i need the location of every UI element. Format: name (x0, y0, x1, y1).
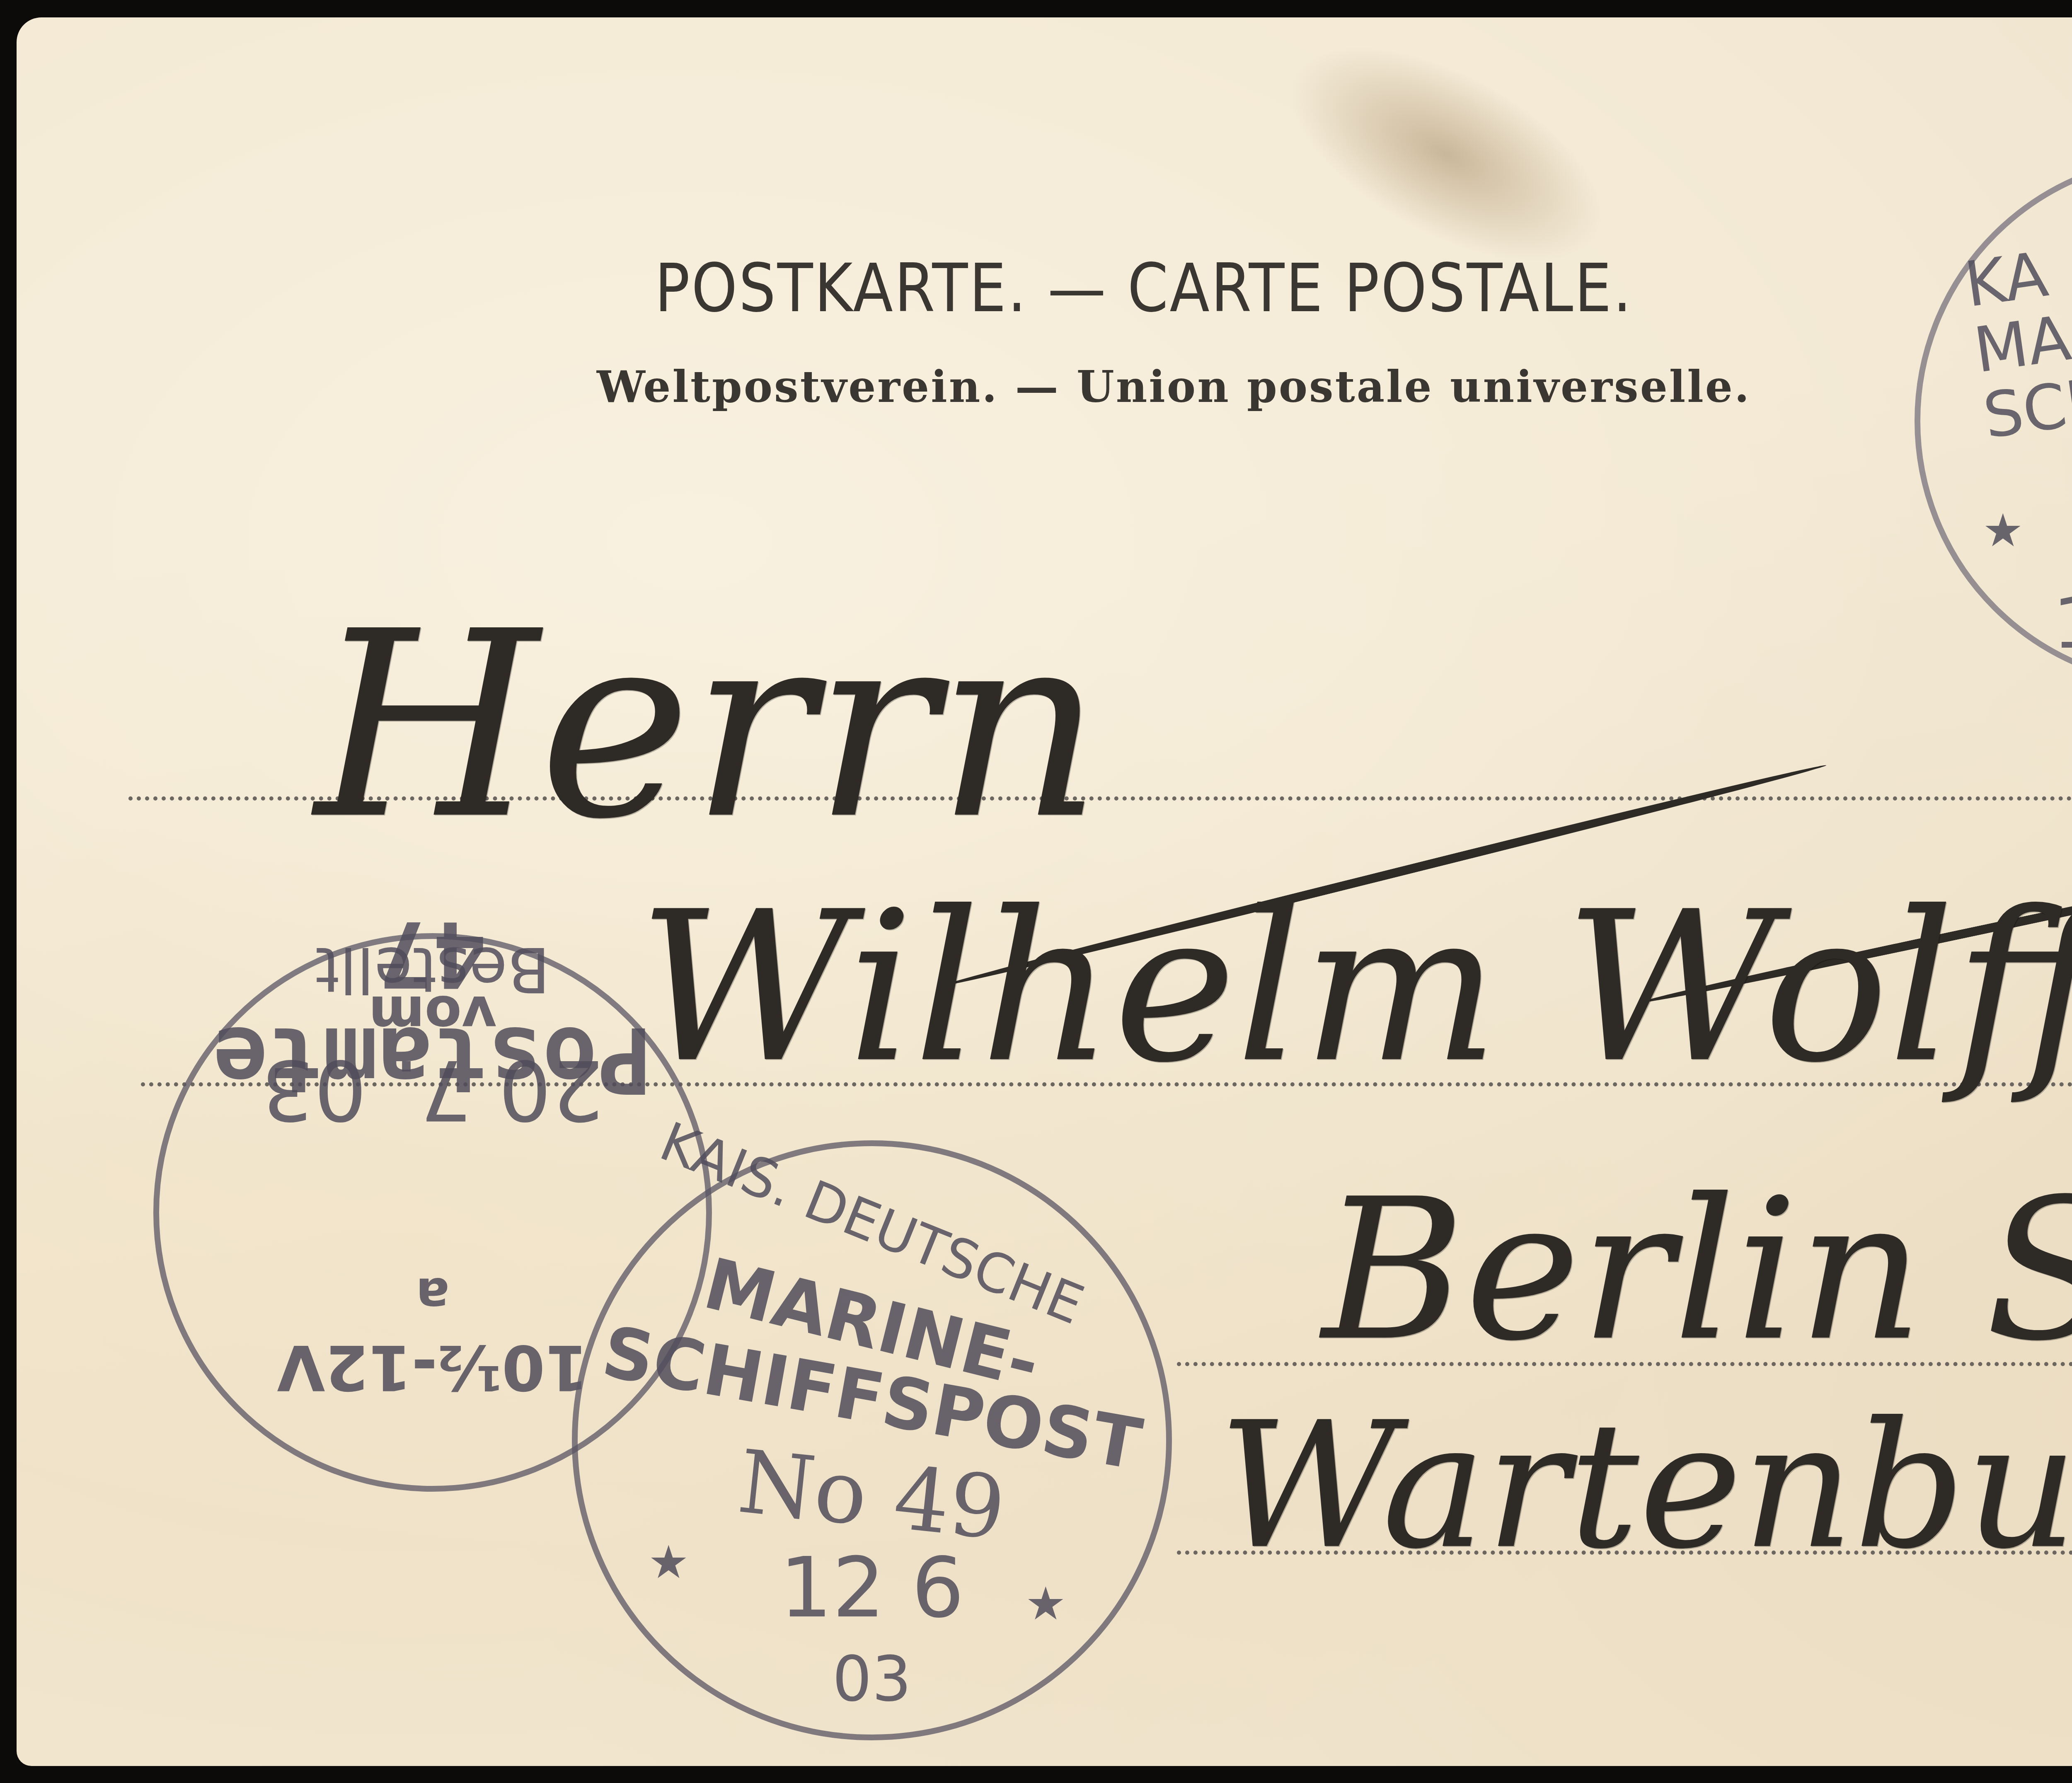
handwritten-street: Wartenburgstr. (1218, 1385, 2072, 1587)
origin-postmark-text: KA MA SCH (1961, 235, 2072, 450)
handwritten-salutation: Herrn (315, 577, 1102, 876)
marine-schiffspost-postmark: KAIS. DEUTSCHE MARINE- SCHIFFSPOST No 49… (572, 1140, 1172, 1740)
marine-year: 03 (578, 1643, 1166, 1715)
marine-date: 12 6 (578, 1540, 1166, 1636)
handwritten-recipient-name: Wilhelm Wolff (638, 867, 2072, 1108)
postcard-subheading: Weltpostverein. — Union postale universe… (597, 361, 1751, 412)
origin-postmark: KA MA SCH ★ ★ 12 6 03 (1915, 154, 2072, 688)
star-icon: ★ (1982, 504, 2024, 557)
postcard-heading: POSTKARTE. — CARTE POSTALE. (655, 249, 1633, 327)
postcard-back: POSTKARTE. — CARTE POSTALE. Weltpostvere… (17, 17, 2072, 1766)
origin-postmark-date: 12 6 (2053, 583, 2072, 665)
handwritten-city: Berlin S.W. 47 (1322, 1157, 2072, 1384)
arrival-bestellt: Bestellt (159, 933, 706, 1005)
